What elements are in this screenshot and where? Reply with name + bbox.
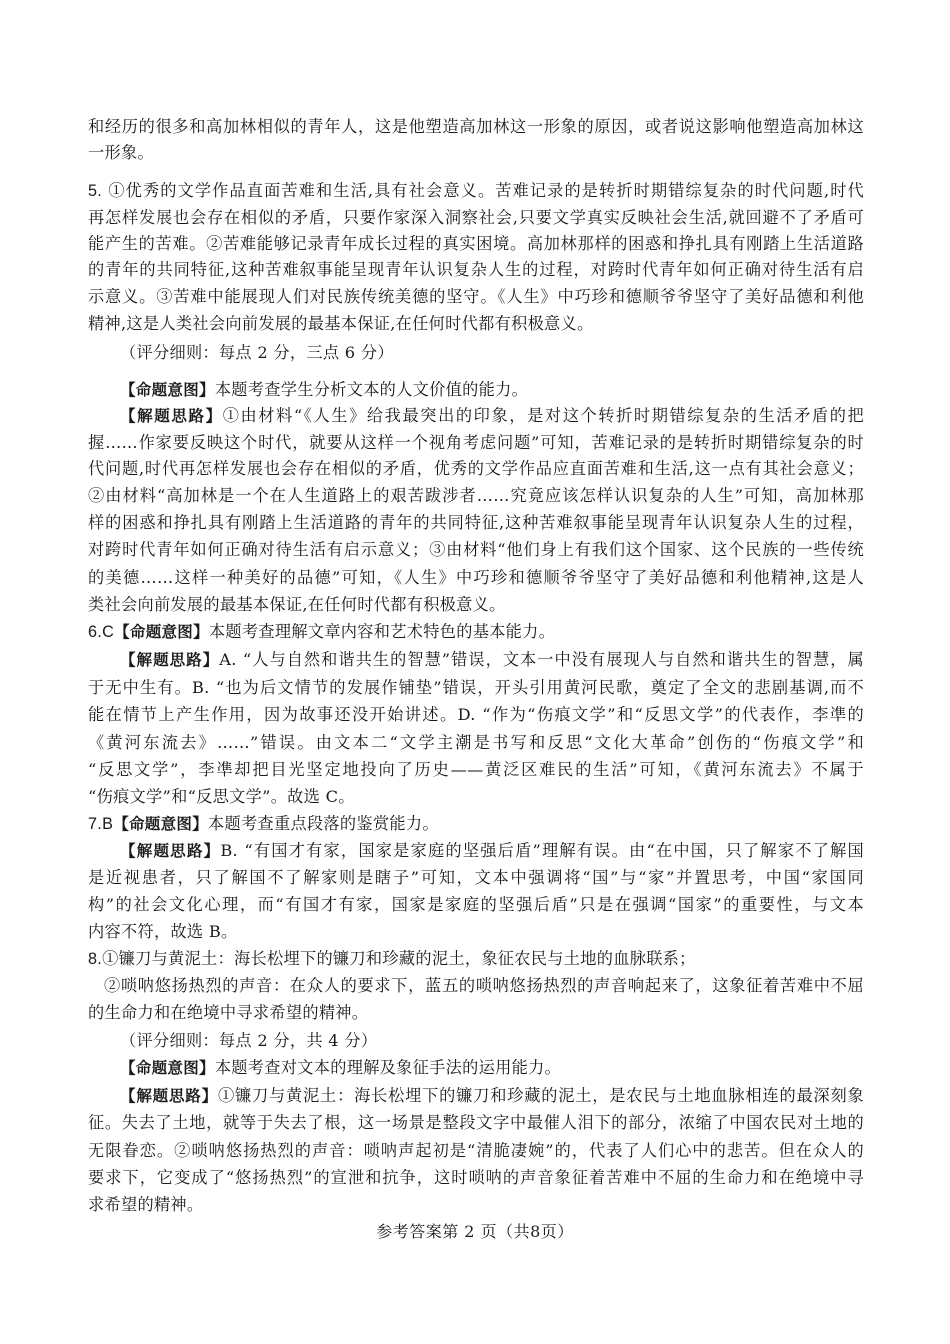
q7-approach-text-1: B. “有国才有家，国家是家庭的坚强后盾”理解有误。由“在中国，只了解家不了解国 xyxy=(220,841,864,860)
q8-text-1: ①镰刀与黄泥土：海长松埋下的镰刀和珍藏的泥土，象征农民与土地的血脉联系； xyxy=(102,949,696,968)
q6-approach-label: 【解题思路】 xyxy=(120,651,219,669)
q7-intent: 7.B【命题意图】本题考查重点段落的鉴赏能力。 xyxy=(88,814,864,834)
q5-approach-line-8: 类社会向前发展的最基本保证,在任何时代都有积极意义。 xyxy=(88,595,864,615)
q7-approach-line-2: 是近视患者，只了解国不了解家则是瞎子”可知，文本中强调将“国”与“家”并置思考，… xyxy=(88,868,864,888)
q8-line-2: ②唢呐悠扬热烈的声音：在众人的要求下，蓝五的唢呐悠扬热烈的声音响起来了，这象征着… xyxy=(104,976,864,996)
q8-intent: 【命题意图】本题考查对文本的理解及象征手法的运用能力。 xyxy=(120,1058,864,1078)
q6-intent: 6.C【命题意图】本题考查理解文章内容和艺术特色的基本能力。 xyxy=(88,622,864,642)
q5-line-3: 能产生的苦难。②苦难能够记录青年成长过程的真实困境。高加林那样的困惑和挣扎具有刚… xyxy=(88,234,864,254)
q8-line-1: 8.①镰刀与黄泥土：海长松埋下的镰刀和珍藏的泥土，象征农民与土地的血脉联系； xyxy=(88,949,864,969)
q8-approach-line-5: 求希望的精神。 xyxy=(88,1195,864,1215)
q8-approach-text-1: ①镰刀与黄泥土：海长松埋下的镰刀和珍藏的泥土，是农民与土地血脉相连的最深刻象 xyxy=(218,1086,864,1105)
q8-approach-line-1: 【解题思路】①镰刀与黄泥土：海长松埋下的镰刀和珍藏的泥土，是农民与土地血脉相连的… xyxy=(120,1086,864,1106)
document-page: 和经历的很多和高加林相似的青年人，这是他塑造高加林这一形象的原因，或者说这影响他… xyxy=(0,0,950,1344)
q6-approach-line-5: “反思文学”，李凖却把目光坚定地投向了历史——黄泛区难民的生活”可知，《黄河东流… xyxy=(88,760,864,780)
q7-number: 7.B xyxy=(88,815,113,833)
q7-intent-label: 【命题意图】 xyxy=(113,815,208,833)
q5-number: 5. xyxy=(88,182,102,200)
q6-approach-line-3: 能在情节上产生作用，因为故事还没开始讲述。D. “作为“伤痕文学”和“反思文学”… xyxy=(88,705,864,725)
q4-line-2: 一形象。 xyxy=(88,143,864,163)
q5-intent-label: 【命题意图】 xyxy=(120,381,215,399)
q5-text-1: ①优秀的文学作品直面苦难和生活,具有社会意义。苦难记录的是转折时期错综复杂的时代… xyxy=(102,181,864,200)
q5-scoring: （评分细则：每点 2 分，三点 6 分） xyxy=(120,343,864,363)
q6-approach-text-1: A. “人与自然和谐共生的智慧”错误，文本一中没有展现人与自然和谐共生的智慧，属 xyxy=(219,650,864,669)
q5-approach-text-1: ①由材料“《人生》给我最突出的印象，是对这个转折时期错综复杂的生活矛盾的把 xyxy=(223,406,864,425)
q6-intent-label: 【命题意图】 xyxy=(114,623,209,641)
q4-line-1: 和经历的很多和高加林相似的青年人，这是他塑造高加林这一形象的原因，或者说这影响他… xyxy=(88,117,864,137)
q8-approach-line-4: 要求下，它变成了“悠扬热烈”的宣泄和抗争，这时唢呐的声音象征着苦难中不屈的生命力… xyxy=(88,1168,864,1188)
q5-approach-line-1: 【解题思路】①由材料“《人生》给我最突出的印象，是对这个转折时期错综复杂的生活矛… xyxy=(120,406,864,426)
q5-approach-label: 【解题思路】 xyxy=(120,407,223,425)
q5-line-5: 示意义。③苦难中能展现人们对民族传统美德的坚守。《人生》中巧珍和德顺爷爷坚守了美… xyxy=(88,287,864,307)
q6-approach-line-4: 《黄河东流去》……”错误。由文本二“文学主潮是书写和反思“文化大革命”创伤的“伤… xyxy=(88,733,864,753)
q6-number: 6.C xyxy=(88,623,114,641)
q5-approach-line-4: ②由材料“高加林是一个在人生道路上的艰苦跋涉者……究竟应该怎样认识复杂的人生”可… xyxy=(88,486,864,506)
q5-approach-line-3: 代问题,时代再怎样发展也会存在相似的矛盾，优秀的文学作品应直面苦难和生活,这一点… xyxy=(88,459,864,479)
q5-line-4: 的青年的共同特征,这种苦难叙事能呈现青年认识复杂人生的过程，对跨时代青年如何正确… xyxy=(88,260,864,280)
q5-line-6: 精神,这是人类社会向前发展的最基本保证,在任何时代都有积极意义。 xyxy=(88,314,864,334)
q5-line-2: 再怎样发展也会存在相似的矛盾，只要作家深入洞察社会,只要文学真实反映社会生活,就… xyxy=(88,208,864,228)
q8-line-3: 的生命力和在绝境中寻求希望的精神。 xyxy=(88,1003,864,1023)
page-footer: 参考答案第 2 页（共8页） xyxy=(0,1222,950,1242)
q7-approach-line-1: 【解题思路】B. “有国才有家，国家是家庭的坚强后盾”理解有误。由“在中国，只了… xyxy=(120,841,864,861)
q6-intent-text: 本题考查理解文章内容和艺术特色的基本能力。 xyxy=(209,622,555,641)
q5-line-1: 5. ①优秀的文学作品直面苦难和生活,具有社会意义。苦难记录的是转折时期错综复杂… xyxy=(88,181,864,201)
q5-approach-line-2: 握……作家要反映这个时代，就要从这样一个视角考虑问题”可知，苦难记录的是转折时期… xyxy=(88,433,864,453)
q8-intent-label: 【命题意图】 xyxy=(120,1059,215,1077)
q7-intent-text: 本题考查重点段落的鉴赏能力。 xyxy=(208,814,439,833)
q8-scoring: （评分细则：每点 2 分，共 4 分） xyxy=(120,1031,864,1051)
q8-approach-label: 【解题思路】 xyxy=(120,1087,218,1105)
q8-number: 8. xyxy=(88,950,102,968)
q8-approach-line-2: 征。失去了土地，就等于失去了根，这一场景是整段文字中最催人泪下的部分，浓缩了中国… xyxy=(88,1113,864,1133)
q7-approach-line-3: 构”的社会文化心理，而“有国才有家，国家是家庭的坚强后盾”只是在强调“国家”的重… xyxy=(88,895,864,915)
q5-intent: 【命题意图】本题考查学生分析文本的人文价值的能力。 xyxy=(120,380,864,400)
q7-approach-line-4: 内容不符，故选 B。 xyxy=(88,922,864,942)
q5-intent-text: 本题考查学生分析文本的人文价值的能力。 xyxy=(215,380,528,399)
q5-approach-line-5: 样的困惑和挣扎具有刚踏上生活道路的青年的共同特征,这种苦难叙事能呈现青年认识复杂… xyxy=(88,513,864,533)
q5-approach-line-7: 的美德……这样一种美好的品德”可知，《人生》中巧珍和德顺爷爷坚守了美好品德和利他… xyxy=(88,568,864,588)
q8-approach-line-3: 无限眷恋。②唢呐悠扬热烈的声音：唢呐声起初是“清脆凄婉”的，代表了人们心中的悲苦… xyxy=(88,1141,864,1161)
q7-approach-label: 【解题思路】 xyxy=(120,842,220,860)
q8-intent-text: 本题考查对文本的理解及象征手法的运用能力。 xyxy=(215,1058,561,1077)
q6-approach-line-6: “伤痕文学”和“反思文学”。故选 C。 xyxy=(88,787,864,807)
q5-approach-line-6: 对跨时代青年如何正确对待生活有启示意义；③由材料“他们身上有我们这个国家、这个民… xyxy=(88,540,864,560)
q6-approach-line-1: 【解题思路】A. “人与自然和谐共生的智慧”错误，文本一中没有展现人与自然和谐共… xyxy=(120,650,864,670)
q6-approach-line-2: 于无中生有。B. “也为后文情节的发展作铺垫”错误，开头引用黄河民歌，奠定了全文… xyxy=(88,678,864,698)
